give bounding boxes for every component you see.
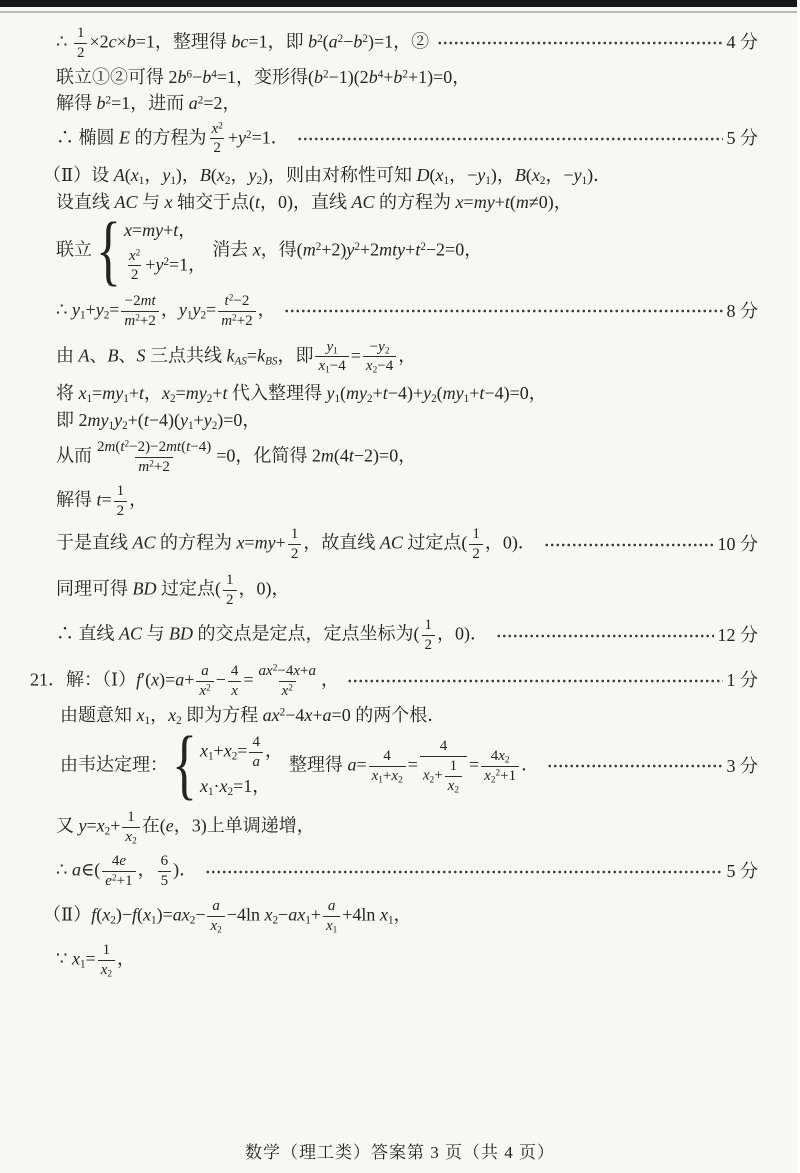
score-mark: 10 分 [718, 532, 759, 558]
fraction: t2−2m2+2 [218, 292, 255, 331]
doc-line: 即 2my1y2+(t−4)(y1+y2)=0， [30, 408, 758, 434]
fraction: 4x1+x2 [369, 747, 406, 786]
line-content: 设直线 AC 与 x 轴交于点(t，0)，直线 AC 的方程为 x=my+t(m… [56, 190, 572, 216]
doc-line: ∴ 12×2c×b=1，整理得 bc=1，即 b2(a2−b2)=1，②4 分 [30, 24, 758, 63]
page-footer: 数学（理工类）答案第 3 页（共 4 页） [0, 1138, 800, 1163]
doc-line: ∴ 直线 AC 与 BD 的交点是定点，定点坐标为(12，0)．12 分 [30, 616, 758, 655]
dotted-leader [437, 34, 722, 52]
doc-line: 联立{x=my+t，x22+y2=1，消去 x，得(m2+2)y2+2mty+t… [30, 218, 758, 285]
line-content: （Ⅱ）f(x2)−f(x1)=ax2−ax2−4ln x2−ax1+ax1+4l… [43, 897, 412, 936]
score-mark: 5 分 [727, 126, 759, 152]
doc-line: ∵ x1=1x2， [30, 941, 758, 980]
line-content: 21．解：（Ⅰ）f′(x)=a+ax2−4x=ax2−4x+ax2， [30, 662, 339, 701]
fraction: y1x1−4 [315, 338, 348, 377]
doc-line: 将 x1=my1+t，x2=my2+t 代入整理得 y1(my2+t−4)+y2… [30, 381, 758, 407]
fraction: 65 [158, 852, 172, 891]
line-content: 由题意知 x1，x2 即为方程 ax2−4x+a=0 的两个根． [60, 703, 445, 729]
doc-line: 21．解：（Ⅰ）f′(x)=a+ax2−4x=ax2−4x+ax2，1 分 [30, 662, 758, 701]
doc-line: ∴ 椭圆 E 的方程为x22+y2=1．5 分 [30, 120, 758, 159]
line-content: 即 2my1y2+(t−4)(y1+y2)=0， [56, 408, 260, 434]
fraction: 12 [223, 571, 237, 610]
score-mark: 3 分 [727, 754, 759, 780]
dotted-leader [544, 536, 714, 554]
fraction: 4x2+1x2 [420, 737, 467, 795]
doc-line: （Ⅱ）设 A(x1，y1)，B(x2，y2)，则由对称性可知 D(x1，−y1)… [30, 163, 758, 189]
line-content: 同理可得 BD 过定点(12，0)， [56, 571, 290, 610]
line-content: 从而2m(t2−2)−2mt(t−4)m2+2=0，化简得 2m(4t−2)=0… [56, 438, 416, 477]
fraction: x22 [209, 120, 226, 159]
line-content: ∴ 12×2c×b=1，整理得 bc=1，即 b2(a2−b2)=1，② [56, 24, 429, 63]
curly-brace: { [172, 727, 197, 805]
fraction: 4a [249, 733, 263, 772]
fraction: 4x [228, 662, 242, 701]
dotted-leader [347, 672, 723, 690]
fraction: ax2−4x+ax2 [256, 662, 319, 701]
line-content: 于是直线 AC 的方程为 x=my+12，故直线 AC 过定点(12，0)． [56, 525, 536, 564]
doc-line: ∴ y1+y2=−2mtm2+2，y1y2=t2−2m2+2，8 分 [30, 292, 758, 331]
fraction: 12 [114, 482, 128, 521]
doc-line: 设直线 AC 与 x 轴交于点(t，0)，直线 AC 的方程为 x=my+t(m… [30, 190, 758, 216]
fraction: 12 [74, 24, 88, 63]
line-content: ∴ 椭圆 E 的方程为x22+y2=1． [56, 120, 289, 159]
fraction: 1x2 [98, 941, 115, 980]
fraction: −y2x2−4 [363, 338, 396, 377]
dotted-leader [496, 627, 713, 645]
line-content: 又 y=x2+1x2在(e，3)上单调递增， [56, 808, 315, 847]
dotted-leader [297, 130, 723, 148]
dotted-leader [284, 302, 723, 320]
system-of-equations: {x1+x2=4a，x1·x2=1， [172, 733, 283, 800]
score-mark: 1 分 [727, 668, 759, 694]
doc-line: 同理可得 BD 过定点(12，0)， [30, 571, 758, 610]
score-mark: 8 分 [727, 299, 759, 325]
doc-line: 联立①②可得 2b6−b4=1，变形得(b2−1)(2b4+b2+1)=0， [30, 65, 758, 91]
doc-line: 由韦达定理：{x1+x2=4a，x1·x2=1，整理得 a=4x1+x2=4x2… [30, 733, 758, 800]
doc-line: 解得 b2=1，进而 a2=2， [30, 91, 758, 117]
fraction: ax2 [207, 897, 224, 936]
doc-line: 解得 t=12， [30, 482, 758, 521]
score-mark: 12 分 [718, 623, 759, 649]
line-content: 由韦达定理：{x1+x2=4a，x1·x2=1，整理得 a=4x1+x2=4x2… [60, 733, 539, 800]
fraction: −2mtm2+2 [121, 292, 158, 331]
line-content: ∵ x1=1x2， [56, 941, 135, 980]
fraction: 12 [469, 525, 483, 564]
doc-line: 由题意知 x1，x2 即为方程 ax2−4x+a=0 的两个根． [30, 703, 758, 729]
line-content: 联立①②可得 2b6−b4=1，变形得(b2−1)(2b4+b2+1)=0， [56, 65, 470, 91]
curly-brace: { [96, 213, 121, 291]
doc-line: 又 y=x2+1x2在(e，3)上单调递增， [30, 808, 758, 847]
line-content: ∴ 直线 AC 与 BD 的交点是定点，定点坐标为(12，0)． [56, 616, 488, 655]
line-content: 联立{x=my+t，x22+y2=1，消去 x，得(m2+2)y2+2mty+t… [56, 218, 482, 285]
dotted-leader [205, 863, 722, 881]
fraction: ax2 [196, 662, 213, 701]
fraction: x22 [126, 247, 143, 286]
line-content: ∴ a∈(4ee2+1，65)． [56, 852, 197, 891]
doc-line: 从而2m(t2−2)−2mt(t−4)m2+2=0，化简得 2m(4t−2)=0… [30, 438, 758, 477]
dotted-leader [547, 757, 722, 775]
fraction: 4ee2+1 [102, 852, 135, 891]
system-of-equations: {x=my+t，x22+y2=1， [96, 218, 206, 285]
line-content: ∴ y1+y2=−2mtm2+2，y1y2=t2−2m2+2， [56, 292, 276, 331]
line-content: 由 A、B、S 三点共线 kAS=kBS，即y1x1−4=−y2x2−4， [56, 338, 416, 377]
line-content: 解得 b2=1，进而 a2=2， [56, 91, 240, 117]
fraction: 12 [288, 525, 302, 564]
fraction: 2m(t2−2)−2mt(t−4)m2+2 [94, 438, 214, 477]
score-mark: 4 分 [727, 30, 759, 56]
score-mark: 5 分 [727, 859, 759, 885]
doc-line: ∴ a∈(4ee2+1，65)．5 分 [30, 852, 758, 891]
line-content: 解得 t=12， [56, 482, 147, 521]
fraction: 1x2 [445, 757, 462, 796]
doc-line: 由 A、B、S 三点共线 kAS=kBS，即y1x1−4=−y2x2−4， [30, 338, 758, 377]
doc-line: 于是直线 AC 的方程为 x=my+12，故直线 AC 过定点(12，0)．10… [30, 525, 758, 564]
fraction: ax1 [323, 897, 340, 936]
fraction: 12 [422, 616, 436, 655]
answer-sheet: ∴ 12×2c×b=1，整理得 bc=1，即 b2(a2−b2)=1，②4 分联… [0, 0, 800, 980]
line-content: 将 x1=my1+t，x2=my2+t 代入整理得 y1(my2+t−4)+y2… [56, 381, 547, 407]
doc-line: （Ⅱ）f(x2)−f(x1)=ax2−ax2−4ln x2−ax1+ax1+4l… [30, 897, 758, 936]
doc-lines: ∴ 12×2c×b=1，整理得 bc=1，即 b2(a2−b2)=1，②4 分联… [30, 24, 758, 980]
line-content: （Ⅱ）设 A(x1，y1)，B(x2，y2)，则由对称性可知 D(x1，−y1)… [43, 163, 611, 189]
fraction: 1x2 [122, 808, 139, 847]
fraction: 4x2x22+1 [481, 747, 519, 786]
scanned-page: { "page": { "footer": "数学（理工类）答案第 3 页（共 … [0, 0, 800, 1173]
